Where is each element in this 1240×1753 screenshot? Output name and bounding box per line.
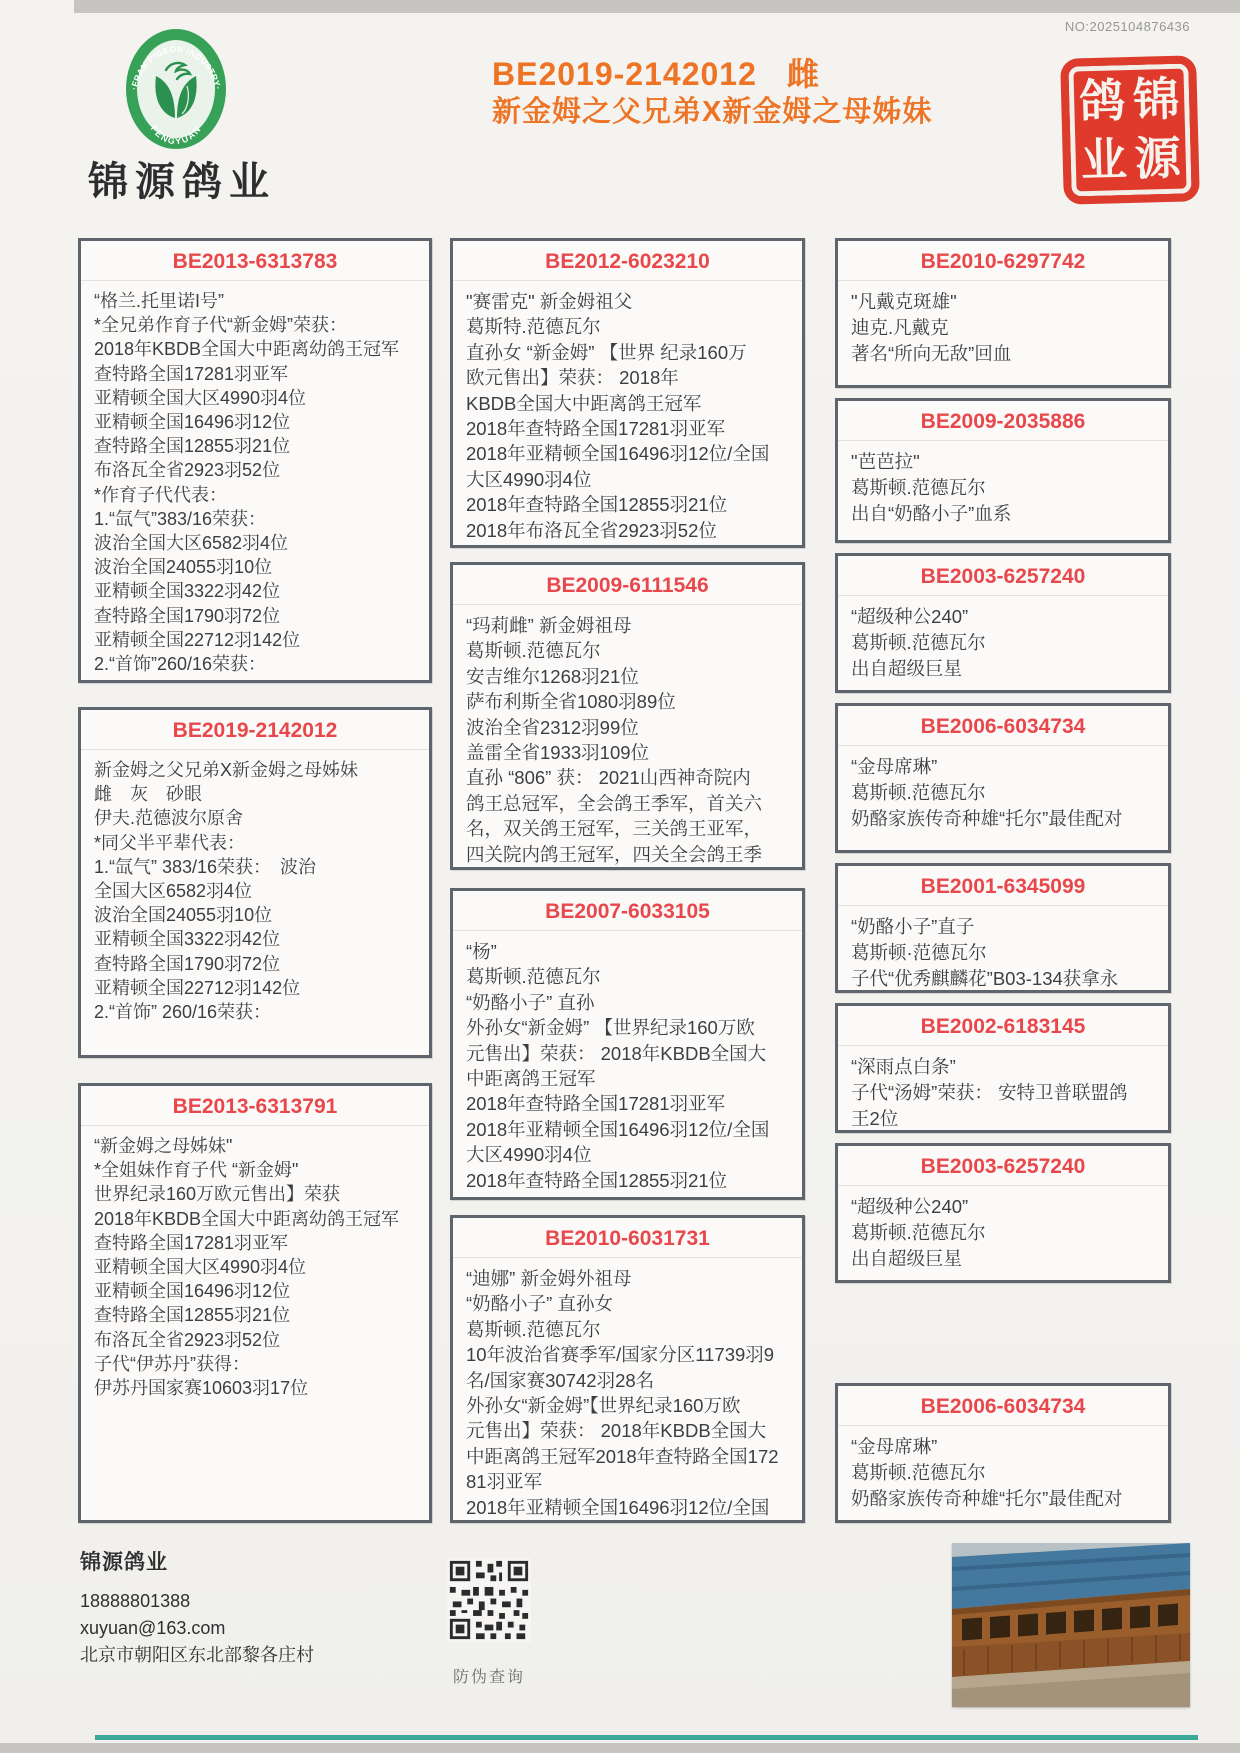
pedigree-text-line: 外孙女“新金姆”【世界纪录160万欧 [466, 1393, 789, 1418]
pedigree-box: BE2006-6034734“金母席琳”葛斯顿.范德瓦尔奶酪家族传奇种雄“托尔”… [835, 1383, 1171, 1523]
pedigree-details: “奶酪小子”直子葛斯顿·范德瓦尔子代“优秀麒麟花”B03-134获拿永 [838, 906, 1168, 992]
pedigree-text-line: 元售出】荣获： 2018年KBDB全国大 [466, 1041, 789, 1066]
ring-number: BE2010-6031731 [453, 1218, 802, 1258]
pedigree-text-line: “玛莉雌” 新金姆祖母 [466, 613, 789, 638]
pigeon-loft-photo [952, 1543, 1190, 1707]
pedigree-text-line: 1.“氙气” 383/16荣获： 波治 [94, 855, 416, 879]
document-title: BE2019-2142012雌 新金姆之父兄弟X新金姆之母姊妹 [492, 56, 932, 129]
pedigree-text-line: 出自超级巨星 [851, 656, 1155, 682]
seal-char: 鸽 [1074, 71, 1130, 131]
pedigree-text-line: 2018年查特路全国17281羽亚军 [466, 1091, 789, 1116]
pedigree-text-line: 亚精顿全国3322羽42位 [94, 579, 416, 603]
pedigree-box: BE2006-6034734“金母席琳”葛斯顿.范德瓦尔奶酪家族传奇种雄“托尔”… [835, 703, 1171, 853]
pedigree-details: “超级种公240”葛斯顿.范德瓦尔出自超级巨星 [838, 596, 1168, 682]
seal-char: 业 [1076, 130, 1132, 190]
pedigree-text-line: 2.“首饰”260/16荣获： [94, 652, 416, 676]
pedigree-text-line: 2018年亚精顿全国16496羽12位/全国 [466, 1117, 789, 1142]
pedigree-text-line: 亚精顿全国大区4990羽4位 [94, 1255, 416, 1279]
seal-char: 锦 [1128, 70, 1184, 130]
pedigree-details: “格兰.托里诺I号”*全兄弟作育子代“新金姆”荣获：2018年KBDB全国大中距… [81, 281, 429, 676]
pedigree-text-line: “金母席琳” [851, 754, 1155, 780]
pedigree-column-right: BE2010-6297742"凡戴克斑雄"迪克.凡戴克著名“所向无敌”回血BE2… [835, 238, 1171, 1523]
pedigree-text-line: 名/国家赛30742羽28名 [466, 1368, 789, 1393]
pedigree-text-line: 2018年查特路全国12855羽21位 [466, 492, 789, 517]
pedigree-text-line: 著名“所向无敌”回血 [851, 341, 1155, 367]
pedigree-text-line: 伊夫.范德波尔原舍 [94, 806, 416, 830]
pedigree-text-line: 81羽亚军 [466, 1469, 789, 1494]
pedigree-text-line: “深雨点白条” [851, 1054, 1155, 1080]
pedigree-text-line: 安吉维尔1268羽21位 [466, 664, 789, 689]
scan-edge-bottom [0, 1743, 1240, 1753]
pedigree-text-line: 葛斯顿.范德瓦尔 [851, 780, 1155, 806]
pedigree-text-line: 葛斯顿.范德瓦尔 [466, 964, 789, 989]
pedigree-text-line: 萨布利斯全省1080羽89位 [466, 689, 789, 714]
pedigree-text-line: 世界纪录160万欧元售出】荣获 [94, 1182, 416, 1206]
pedigree-text-line: 出自超级巨星 [851, 1246, 1155, 1272]
pedigree-text-line: 葛斯顿.范德瓦尔 [851, 475, 1155, 501]
pedigree-text-line: 盖雷全省1933羽109位 [466, 740, 789, 765]
pedigree-text-line: *作育子代代表： [94, 483, 416, 507]
pedigree-text-line: "赛雷克" 新金姆祖父 [466, 289, 789, 314]
pedigree-details: “金母席琳”葛斯顿.范德瓦尔奶酪家族传奇种雄“托尔”最佳配对 [838, 1426, 1168, 1512]
pedigree-text-line: 2018年亚精顿全国16496羽12位/全国 [466, 1495, 789, 1520]
pedigree-text-line: 亚精顿全国16496羽12位 [94, 1279, 416, 1303]
pedigree-text-line: 伊苏丹国家赛10603羽17位 [94, 1376, 416, 1400]
pedigree-box: BE2003-6257240“超级种公240”葛斯顿.范德瓦尔出自超级巨星 [835, 553, 1171, 693]
pedigree-text-line: “格兰.托里诺I号” [94, 289, 416, 313]
qr-code-label: 防伪查询 [429, 1664, 549, 1687]
pedigree-text-line: 查特路全国17281羽亚军 [94, 1231, 416, 1255]
pedigree-text-line: 亚精顿全国大区4990羽4位 [94, 386, 416, 410]
pedigree-text-line: 葛斯顿.范德瓦尔 [851, 1220, 1155, 1246]
pedigree-text-line: 中距离鸽王冠军 [466, 1066, 789, 1091]
pedigree-text-line: "芭芭拉" [851, 449, 1155, 475]
pedigree-text-line: “金母席琳” [851, 1434, 1155, 1460]
pedigree-text-line: 2018年KBDB全国大中距离幼鸽王冠军 [94, 337, 416, 361]
scan-edge-top-corner [0, 0, 74, 16]
pedigree-text-line: “奶酪小子” 直孙女 [466, 1291, 789, 1316]
pedigree-text-line: 查特路全国12855羽21位 [94, 1303, 416, 1327]
pedigree-text-line: “超级种公240” [851, 1194, 1155, 1220]
scan-edge-teal-line [95, 1735, 1198, 1740]
sex-label: 雌 [787, 56, 820, 92]
ring-number: BE2009-2035886 [838, 401, 1168, 441]
ring-number: BE2001-6345099 [838, 866, 1168, 906]
pedigree-text-line: 葛斯特.范德瓦尔 [466, 314, 789, 339]
pedigree-text-line: 大区4990羽4位 [466, 1142, 789, 1167]
pedigree-box: BE2012-6023210"赛雷克" 新金姆祖父葛斯特.范德瓦尔直孙女 “新金… [450, 238, 805, 548]
title-ring-number: BE2019-2142012雌 [492, 56, 932, 93]
pedigree-text-line: 查特路全国1790羽72位 [94, 604, 416, 628]
pedigree-details: “深雨点白条”子代“汤姆”荣获： 安特卫普联盟鸽王2位 [838, 1046, 1168, 1132]
pedigree-text-line: 直孙女 “新金姆” 【世界 纪录160万 [466, 340, 789, 365]
pedigree-text-line: 元售出】荣获： 2018年KBDB全国大 [466, 1418, 789, 1443]
pedigree-box: BE2019-2142012新金姆之父兄弟X新金姆之母姊妹雌 灰 砂眼伊夫.范德… [78, 707, 432, 1058]
pedigree-details: “新金姆之母姊妹"*全姐妹作育子代 “新金姆"世界纪录160万欧元售出】荣获20… [81, 1126, 429, 1400]
pedigree-box: BE2003-6257240“超级种公240”葛斯顿.范德瓦尔出自超级巨星 [835, 1143, 1171, 1283]
pedigree-text-line: 查特路全国12855羽21位 [94, 434, 416, 458]
pedigree-text-line: 葛斯顿.范德瓦尔 [466, 638, 789, 663]
pedigree-details: 新金姆之父兄弟X新金姆之母姊妹雌 灰 砂眼伊夫.范德波尔原舍*同父半平辈代表：1… [81, 750, 429, 1024]
scan-edge-top [0, 0, 1240, 13]
pedigree-details: "赛雷克" 新金姆祖父葛斯特.范德瓦尔直孙女 “新金姆” 【世界 纪录160万欧… [453, 281, 802, 543]
pedigree-details: "芭芭拉"葛斯顿.范德瓦尔出自“奶酪小子”血系 [838, 441, 1168, 527]
pedigree-text-line: “奶酪小子” 直孙 [466, 990, 789, 1015]
pedigree-box: BE2001-6345099“奶酪小子”直子葛斯顿·范德瓦尔子代“优秀麒麟花”B… [835, 863, 1171, 993]
pedigree-details: “玛莉雌” 新金姆祖母葛斯顿.范德瓦尔安吉维尔1268羽21位萨布利斯全省108… [453, 605, 802, 867]
pedigree-text-line: 子代“伊苏丹”获得： [94, 1352, 416, 1376]
ring-number: BE2012-6023210 [453, 241, 802, 281]
pedigree-text-line: 布洛瓦全省2923羽52位 [94, 458, 416, 482]
pedigree-text-line: “奶酪小子”直子 [851, 914, 1155, 940]
pedigree-box: BE2013-6313783“格兰.托里诺I号”*全兄弟作育子代“新金姆”荣获：… [78, 238, 432, 683]
pedigree-text-line: 查特路全国17281羽亚军 [94, 362, 416, 386]
pedigree-text-line: 迪克.凡戴克 [851, 315, 1155, 341]
pedigree-text-line: 王2位 [851, 1106, 1155, 1132]
pedigree-text-line: 10年波治省赛季军/国家分区11739羽9 [466, 1342, 789, 1367]
footer-company-name: 锦源鸽业 [80, 1546, 314, 1576]
pedigree-text-line: 亚精顿全国3322羽42位 [94, 927, 416, 951]
pedigree-text-line: “杨” [466, 939, 789, 964]
ring-number: BE2003-6257240 [838, 1146, 1168, 1186]
pedigree-text-line: 2018年查特路全国17281羽亚军 [466, 416, 789, 441]
pedigree-text-line: 布洛瓦全省2923羽52位 [94, 1328, 416, 1352]
pedigree-text-line: 子代“优秀麒麟花”B03-134获拿永 [851, 966, 1155, 992]
pedigree-text-line: 查特路全国1790羽72位 [94, 952, 416, 976]
pedigree-box: BE2009-2035886"芭芭拉"葛斯顿.范德瓦尔出自“奶酪小子”血系 [835, 398, 1171, 543]
pedigree-column-left: BE2013-6313783“格兰.托里诺I号”*全兄弟作育子代“新金姆”荣获：… [78, 238, 432, 1523]
ring-number-text: BE2019-2142012 [492, 56, 757, 92]
pedigree-text-line: 葛斯顿.范德瓦尔 [851, 1460, 1155, 1486]
pedigree-text-line: 波治全省2312羽99位 [466, 715, 789, 740]
pedigree-text-line: 四关院内鸽王冠军，四关全会鸽王季 [466, 842, 789, 867]
pedigree-box: BE2010-6297742"凡戴克斑雄"迪克.凡戴克著名“所向无敌”回血 [835, 238, 1171, 388]
pedigree-text-line: 2.“首饰” 260/16荣获： [94, 1000, 416, 1024]
ring-number: BE2007-6033105 [453, 891, 802, 931]
pedigree-grid: BE2013-6313783“格兰.托里诺I号”*全兄弟作育子代“新金姆”荣获：… [0, 238, 1240, 1523]
pedigree-text-line: 葛斯顿·范德瓦尔 [851, 940, 1155, 966]
pedigree-box: BE2007-6033105“杨”葛斯顿.范德瓦尔“奶酪小子” 直孙外孙女“新金… [450, 888, 805, 1200]
pedigree-text-line: 2018年查特路全国12855羽21位 [466, 1168, 789, 1193]
scanned-pedigree-page: NO:2025104876436 ·FRAN PIGEON INDUSTRY· … [0, 0, 1240, 1753]
title-pairing-subtitle: 新金姆之父兄弟X新金姆之母姊妹 [492, 96, 932, 129]
ring-number: BE2006-6034734 [838, 706, 1168, 746]
pedigree-text-line: 波治全国大区6582羽4位 [94, 531, 416, 555]
seal-char: 源 [1130, 129, 1186, 189]
pedigree-text-line: 亚精顿全国22712羽142位 [94, 976, 416, 1000]
pedigree-text-line: 1.“氙气”383/16荣获： [94, 507, 416, 531]
pedigree-text-line: 2018年亚精顿全国16496羽12位/全国 [466, 441, 789, 466]
pedigree-text-line: 直孙 “806” 获： 2021山西神奇院内 [466, 765, 789, 790]
pedigree-text-line: 大区4990羽4位 [466, 467, 789, 492]
pedigree-text-line: “迪娜” 新金姆外祖母 [466, 1266, 789, 1291]
footer-email: xuyuan@163.com [80, 1615, 314, 1642]
pedigree-text-line: “超级种公240” [851, 604, 1155, 630]
pedigree-text-line: “新金姆之母姊妹" [94, 1134, 416, 1158]
ring-number: BE2006-6034734 [838, 1386, 1168, 1426]
red-seal-stamp: 鸽 锦 业 源 [1060, 55, 1200, 205]
pedigree-text-line: 名，双关鸽王冠军，三关鸽王亚军， [466, 816, 789, 841]
pedigree-details: “迪娜” 新金姆外祖母“奶酪小子” 直孙女葛斯顿.范德瓦尔10年波治省赛季军/国… [453, 1258, 802, 1520]
pedigree-text-line: 葛斯顿.范德瓦尔 [851, 630, 1155, 656]
pedigree-text-line: *全兄弟作育子代“新金姆”荣获： [94, 313, 416, 337]
pedigree-text-line: 2018年KBDB全国大中距离幼鸽王冠军 [94, 1207, 416, 1231]
fengyuan-logo-icon: ·FRAN PIGEON INDUSTRY· FENGYUAN [124, 26, 228, 154]
pedigree-text-line: 亚精顿全国16496羽12位 [94, 410, 416, 434]
ring-number: BE2009-6111546 [453, 565, 802, 605]
pedigree-text-line: 外孙女“新金姆” 【世界纪录160万欧 [466, 1015, 789, 1040]
pedigree-text-line: 奶酪家族传奇种雄“托尔”最佳配对 [851, 806, 1155, 832]
pedigree-details: "凡戴克斑雄"迪克.凡戴克著名“所向无敌”回血 [838, 281, 1168, 367]
ring-number: BE2010-6297742 [838, 241, 1168, 281]
pedigree-column-middle: BE2012-6023210"赛雷克" 新金姆祖父葛斯特.范德瓦尔直孙女 “新金… [450, 238, 805, 1523]
ring-number: BE2002-6183145 [838, 1006, 1168, 1046]
pedigree-text-line: 雌 灰 砂眼 [94, 782, 416, 806]
pedigree-details: “金母席琳”葛斯顿.范德瓦尔奶酪家族传奇种雄“托尔”最佳配对 [838, 746, 1168, 832]
pedigree-box: BE2009-6111546“玛莉雌” 新金姆祖母葛斯顿.范德瓦尔安吉维尔126… [450, 562, 805, 870]
company-name-heading: 锦源鸽业 [88, 150, 276, 207]
pedigree-box: BE2013-6313791“新金姆之母姊妹"*全姐妹作育子代 “新金姆"世界纪… [78, 1083, 432, 1523]
pedigree-text-line: KBDB全国大中距离鸽王冠军 [466, 391, 789, 416]
footer-contact-block: 锦源鸽业 18888801388 xuyuan@163.com 北京市朝阳区东北… [80, 1546, 314, 1669]
pedigree-text-line: 鸽王总冠军，全会鸽王季军，首关六 [466, 791, 789, 816]
pedigree-text-line: 奶酪家族传奇种雄“托尔”最佳配对 [851, 1486, 1155, 1512]
pedigree-details: “杨”葛斯顿.范德瓦尔“奶酪小子” 直孙外孙女“新金姆” 【世界纪录160万欧元… [453, 931, 802, 1193]
pedigree-box: BE2010-6031731“迪娜” 新金姆外祖母“奶酪小子” 直孙女葛斯顿.范… [450, 1215, 805, 1523]
pedigree-text-line: 中距离鸽王冠军2018年查特路全国172 [466, 1444, 789, 1469]
pedigree-text-line: 波治全国24055羽10位 [94, 903, 416, 927]
qr-code-icon [447, 1558, 531, 1642]
footer-phone: 18888801388 [80, 1588, 314, 1615]
footer-address: 北京市朝阳区东北部黎各庄村 [80, 1642, 314, 1669]
pedigree-text-line: 欧元售出】荣获： 2018年 [466, 365, 789, 390]
pedigree-text-line: *全姐妹作育子代 “新金姆" [94, 1158, 416, 1182]
pedigree-text-line: 新金姆之父兄弟X新金姆之母姊妹 [94, 758, 416, 782]
pedigree-box: BE2002-6183145“深雨点白条”子代“汤姆”荣获： 安特卫普联盟鸽王2… [835, 1003, 1171, 1133]
ring-number: BE2003-6257240 [838, 556, 1168, 596]
ring-number: BE2013-6313791 [81, 1086, 429, 1126]
ring-number: BE2013-6313783 [81, 241, 429, 281]
pedigree-details: “超级种公240”葛斯顿.范德瓦尔出自超级巨星 [838, 1186, 1168, 1272]
pedigree-text-line: 葛斯顿.范德瓦尔 [466, 1317, 789, 1342]
serial-number: NO:2025104876436 [1065, 19, 1190, 34]
pedigree-text-line: 出自“奶酪小子”血系 [851, 501, 1155, 527]
ring-number: BE2019-2142012 [81, 710, 429, 750]
pedigree-text-line: 全国大区6582羽4位 [94, 879, 416, 903]
pedigree-text-line: 亚精顿全国22712羽142位 [94, 628, 416, 652]
pedigree-text-line: *同父半平辈代表： [94, 831, 416, 855]
pedigree-text-line: 波治全国24055羽10位 [94, 555, 416, 579]
pedigree-text-line: "凡戴克斑雄" [851, 289, 1155, 315]
pedigree-text-line: 2018年布洛瓦全省2923羽52位 [466, 518, 789, 543]
pedigree-text-line: 子代“汤姆”荣获： 安特卫普联盟鸽 [851, 1080, 1155, 1106]
